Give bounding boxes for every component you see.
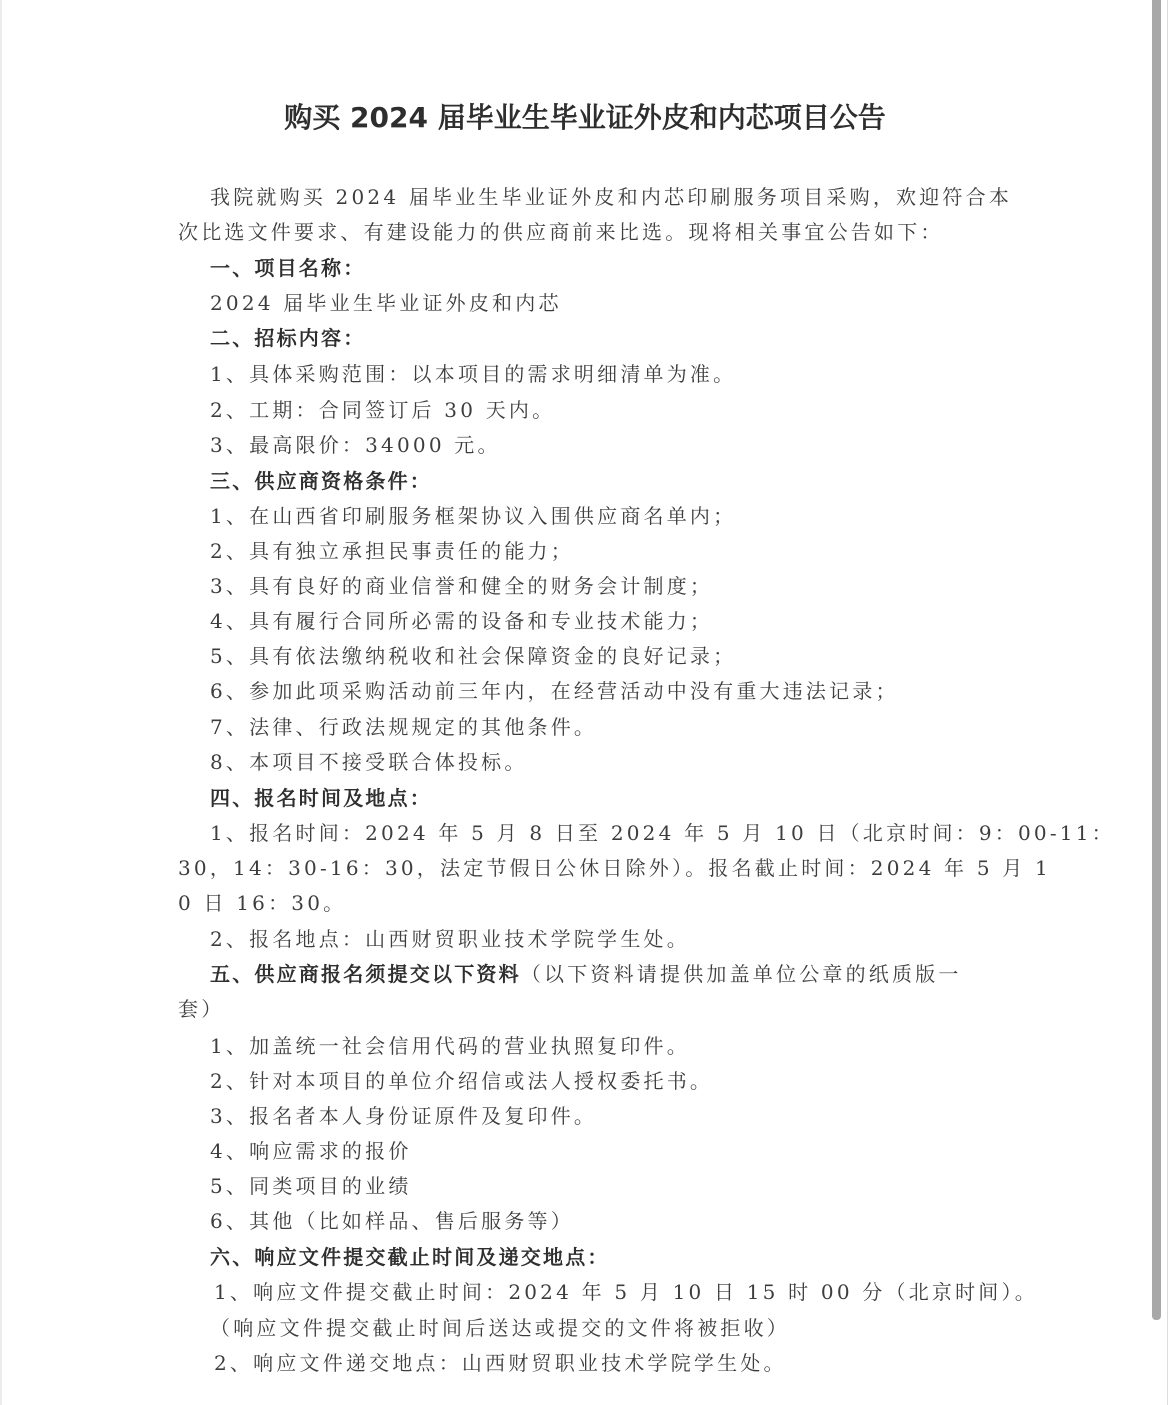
section-heading-project-name: 一、项目名称： xyxy=(210,255,365,281)
section-item: 1、报名时间：2024 年 5 月 8 日至 2024 年 5 月 10 日（北… xyxy=(210,820,1115,846)
section-item: 7、法律、行政法规规定的其他条件。 xyxy=(210,714,597,740)
viewer-right-border xyxy=(1167,0,1168,1405)
section-heading-note-continued: 套） xyxy=(178,996,224,1022)
section-item: 3、具有良好的商业信誉和健全的财务会计制度； xyxy=(210,573,713,599)
section-heading-required-documents: 五、供应商报名须提交以下资料 xyxy=(210,962,521,986)
section-item: 1、具体采购范围：以本项目的需求明细清单为准。 xyxy=(210,361,736,387)
section-item: 3、最高限价：34000 元。 xyxy=(210,432,501,458)
section-item-continued: 0 日 16：30。 xyxy=(178,890,346,916)
section-heading-required-documents-row: 五、供应商报名须提交以下资料（以下资料请提供加盖单位公章的纸质版一 xyxy=(210,961,962,987)
section-item: 4、具有履行合同所必需的设备和专业技术能力； xyxy=(210,608,713,634)
section-item: 4、响应需求的报价 xyxy=(210,1138,412,1164)
section-item: 2、针对本项目的单位介绍信或法人授权委托书。 xyxy=(210,1068,713,1094)
section-item: 2、具有独立承担民事责任的能力； xyxy=(210,538,574,564)
section-item: 5、具有依法缴纳税收和社会保障资金的良好记录； xyxy=(210,643,736,669)
section-item-note: （响应文件提交截止时间后送达或提交的文件将被拒收） xyxy=(210,1315,790,1341)
section-item: 1、响应文件提交截止时间：2024 年 5 月 10 日 15 时 00 分（北… xyxy=(214,1279,1038,1305)
section-heading-note: （以下资料请提供加盖单位公章的纸质版一 xyxy=(521,962,962,986)
section-item: 2、报名地点：山西财贸职业技术学院学生处。 xyxy=(210,926,690,952)
section-item: 1、在山西省印刷服务框架协议入围供应商名单内； xyxy=(210,503,736,529)
section-heading-bid-content: 二、招标内容： xyxy=(210,325,365,351)
section-item: 1、加盖统一社会信用代码的营业执照复印件。 xyxy=(210,1033,690,1059)
viewer-left-border xyxy=(0,0,2,1405)
section-heading-registration-time-place: 四、报名时间及地点： xyxy=(210,785,432,811)
document-title: 购买 2024 届毕业生毕业证外皮和内芯项目公告 xyxy=(0,100,1170,136)
section-item: 8、本项目不接受联合体投标。 xyxy=(210,749,528,775)
section-item: 5、同类项目的业绩 xyxy=(210,1173,412,1199)
intro-line-2: 次比选文件要求、有建设能力的供应商前来比选。现将相关事宜公告如下： xyxy=(178,219,944,245)
section-item: 6、参加此项采购活动前三年内，在经营活动中没有重大违法记录； xyxy=(210,678,899,704)
section-item: 3、报名者本人身份证原件及复印件。 xyxy=(210,1103,597,1129)
vertical-scrollbar-thumb[interactable] xyxy=(1152,0,1161,1320)
section-item: 2、响应文件递交地点：山西财贸职业技术学院学生处。 xyxy=(214,1350,787,1376)
intro-line-1: 我院就购买 2024 届毕业生毕业证外皮和内芯印刷服务项目采购，欢迎符合本 xyxy=(210,184,1012,210)
section-heading-supplier-qualifications: 三、供应商资格条件： xyxy=(210,468,432,494)
section-item-continued: 30，14：30-16：30，法定节假日公休日除外）。报名截止时间：2024 年… xyxy=(178,855,1051,881)
section-item: 6、其他（比如样品、售后服务等） xyxy=(210,1208,574,1234)
section-heading-submission-deadline-place: 六、响应文件提交截止时间及递交地点： xyxy=(210,1244,610,1270)
section-item: 2024 届毕业生毕业证外皮和内芯 xyxy=(210,290,562,316)
section-item: 2、工期：合同签订后 30 天内。 xyxy=(210,397,555,423)
